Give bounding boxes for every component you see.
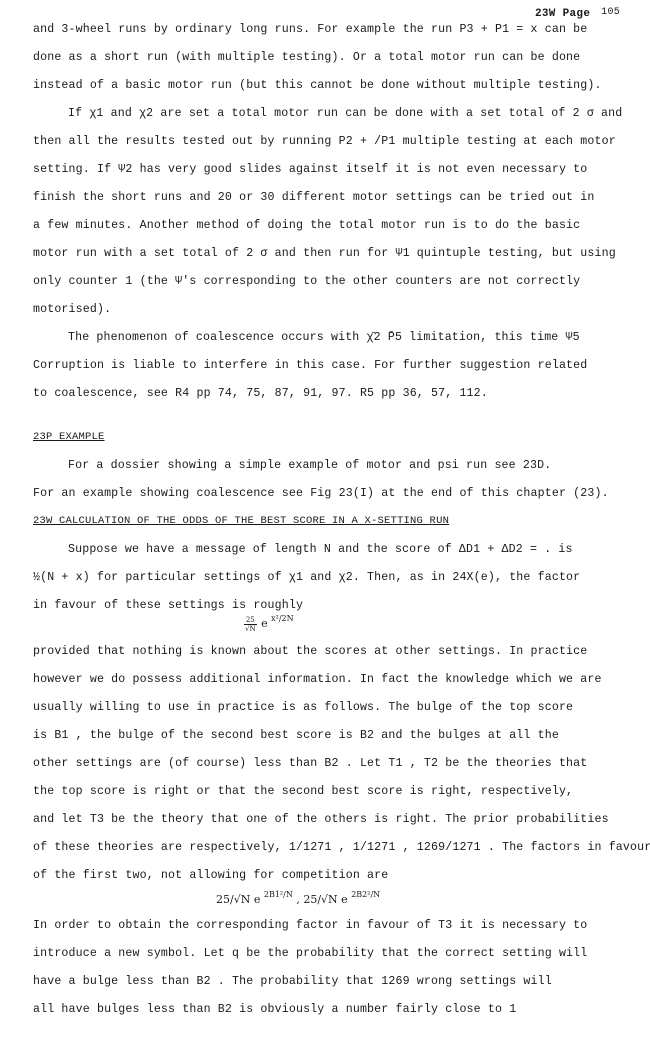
page-number: 105 bbox=[601, 7, 620, 18]
formula-fraction: 25 √N bbox=[244, 616, 257, 633]
text-line: then all the results tested out by runni… bbox=[33, 135, 616, 148]
formula-term-1-coef: 25/√N bbox=[216, 893, 250, 906]
text-line: Suppose we have a message of length N an… bbox=[68, 543, 573, 556]
text-line: Corruption is liable to interfere in thi… bbox=[33, 359, 587, 372]
text-line: motorised). bbox=[33, 303, 111, 316]
text-line: to coalescence, see R4 pp 74, 75, 87, 91… bbox=[33, 387, 488, 400]
text-line: have a bulge less than B2 . The probabil… bbox=[33, 975, 552, 988]
text-line: In order to obtain the corresponding fac… bbox=[33, 919, 587, 932]
formula-term-1-base: e bbox=[254, 893, 261, 906]
text-line: however we do possess additional informa… bbox=[33, 673, 602, 686]
formula-term-2-exponent: 2B2²/N bbox=[351, 890, 380, 899]
formula-term-2-base: e bbox=[341, 893, 348, 906]
page-label: Page bbox=[563, 8, 591, 20]
text-line: in favour of these settings is roughly bbox=[33, 599, 303, 612]
text-line: For a dossier showing a simple example o… bbox=[68, 459, 551, 472]
text-line: all have bulges less than B2 is obviousl… bbox=[33, 1003, 516, 1016]
text-line: only counter 1 (the Ψ's corresponding to… bbox=[33, 275, 580, 288]
text-line: motor run with a set total of 2 σ and th… bbox=[33, 247, 616, 260]
text-line: The phenomenon of coalescence occurs wit… bbox=[68, 331, 580, 344]
formula-factor: 25 √N e x²/2N bbox=[243, 614, 294, 633]
text-line: If χ1 and χ2 are set a total motor run c… bbox=[68, 107, 622, 120]
text-line: of these theories are respectively, 1/12… bbox=[33, 841, 650, 854]
text-line: finish the short runs and 20 or 30 diffe… bbox=[33, 191, 594, 204]
text-line: and let T3 be the theory that one of the… bbox=[33, 813, 609, 826]
text-line: of the first two, not allowing for compe… bbox=[33, 869, 388, 882]
formula-base: e bbox=[261, 617, 268, 630]
section-heading-23w: 23W CALCULATION OF THE ODDS OF THE BEST … bbox=[33, 515, 449, 527]
text-line: ½(N + x) for particular settings of χ1 a… bbox=[33, 571, 580, 584]
formula-term-2-coef: 25/√N bbox=[303, 893, 337, 906]
page-header: 23W Page 105 bbox=[535, 7, 620, 20]
section-ref: 23W bbox=[535, 8, 556, 20]
text-line: the top score is right or that the secon… bbox=[33, 785, 573, 798]
text-line: is B1 , the bulge of the second best sco… bbox=[33, 729, 559, 742]
text-line: introduce a new symbol. Let q be the pro… bbox=[33, 947, 587, 960]
text-line: For an example showing coalescence see F… bbox=[33, 487, 609, 500]
formula-term-1-exponent: 2B1²/N bbox=[264, 890, 293, 899]
formula-separator: , bbox=[296, 893, 300, 906]
text-line: and 3-wheel runs by ordinary long runs. … bbox=[33, 23, 587, 36]
text-line: other settings are (of course) less than… bbox=[33, 757, 587, 770]
text-line: done as a short run (with multiple testi… bbox=[33, 51, 580, 64]
text-line: setting. If Ψ2 has very good slides agai… bbox=[33, 163, 587, 176]
text-line: a few minutes. Another method of doing t… bbox=[33, 219, 580, 232]
document-page: 23W Page 105 and 3-wheel runs by ordinar… bbox=[0, 0, 650, 1059]
formula-factors-pair: 25/√N e 2B1²/N , 25/√N e 2B2²/N bbox=[216, 890, 380, 906]
section-heading-23p: 23P EXAMPLE bbox=[33, 431, 105, 443]
text-line: instead of a basic motor run (but this c… bbox=[33, 79, 602, 92]
text-line: provided that nothing is known about the… bbox=[33, 645, 587, 658]
formula-exponent: x²/2N bbox=[271, 614, 294, 623]
text-line: usually willing to use in practice is as… bbox=[33, 701, 573, 714]
